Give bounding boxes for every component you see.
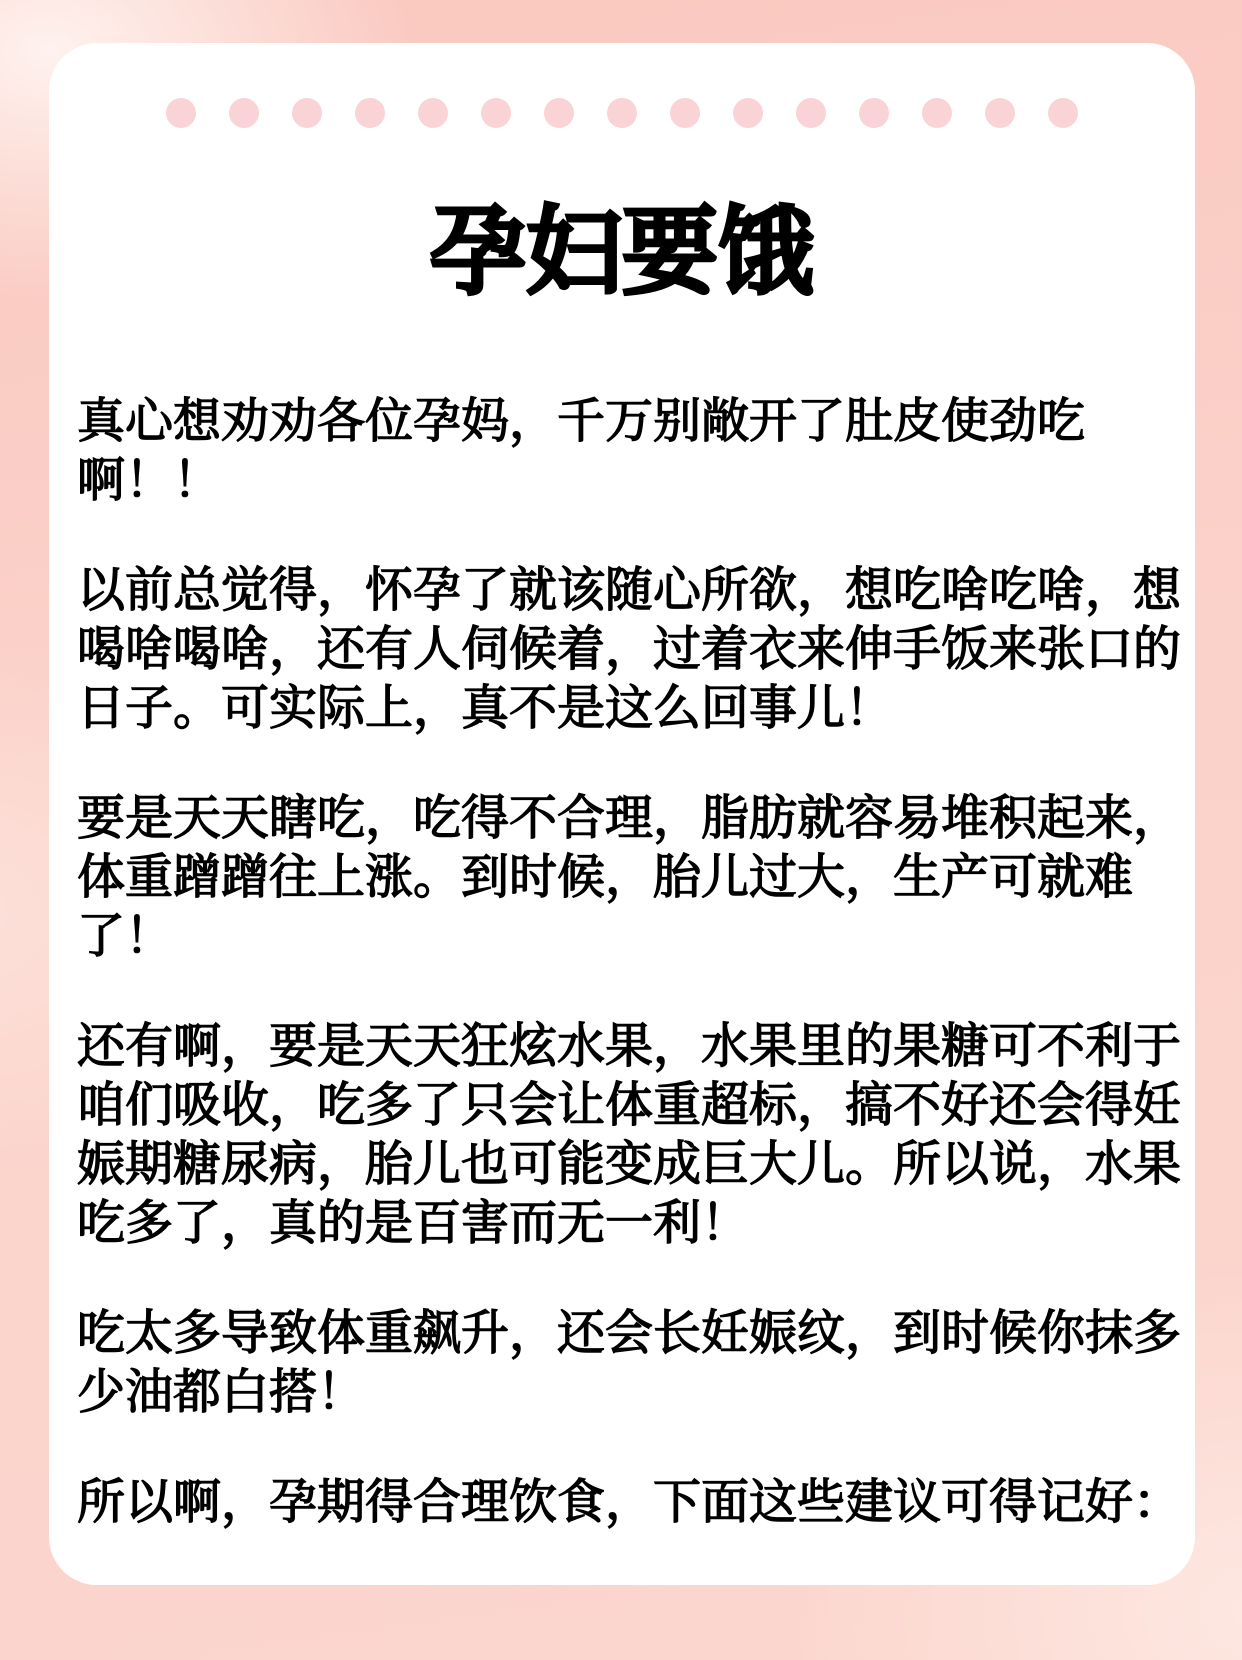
dot-icon <box>229 98 259 128</box>
dot-icon <box>859 98 889 128</box>
dot-icon <box>922 98 952 128</box>
dot-icon <box>1048 98 1078 128</box>
dot-icon <box>733 98 763 128</box>
page-title: 孕妇要饿 <box>49 193 1195 313</box>
paragraph: 要是天天瞎吃，吃得不合理，脂肪就容易堆积起来， 体重蹭蹭往上涨。到时候，胎儿过大… <box>77 789 1193 966</box>
paragraph: 所以啊，孕期得合理饮食，下面这些建议可得记好： <box>77 1473 1193 1532</box>
dot-icon <box>418 98 448 128</box>
paragraph: 真心想劝劝各位孕妈，千万别敞开了肚皮使劲吃 啊！！ <box>77 392 1193 510</box>
content-card: 孕妇要饿 真心想劝劝各位孕妈，千万别敞开了肚皮使劲吃 啊！！ 以前总觉得，怀孕了… <box>49 43 1195 1585</box>
dot-icon <box>355 98 385 128</box>
dot-icon <box>607 98 637 128</box>
poster-background: 孕妇要饿 真心想劝劝各位孕妈，千万别敞开了肚皮使劲吃 啊！！ 以前总觉得，怀孕了… <box>0 0 1242 1660</box>
dots-decoration-row <box>49 98 1195 128</box>
paragraph: 还有啊，要是天天狂炫水果，水果里的果糖可不利于 咱们吸收，吃多了只会让体重超标，… <box>77 1017 1193 1253</box>
paragraph: 以前总觉得，怀孕了就该随心所欲，想吃啥吃啥，想 喝啥喝啥，还有人伺候着，过着衣来… <box>77 561 1193 738</box>
paragraph: 吃太多导致体重飙升，还会长妊娠纹，到时候你抹多 少油都白搭！ <box>77 1304 1193 1422</box>
dot-icon <box>796 98 826 128</box>
dot-icon <box>544 98 574 128</box>
dot-icon <box>481 98 511 128</box>
dot-icon <box>166 98 196 128</box>
dot-icon <box>670 98 700 128</box>
article-body: 真心想劝劝各位孕妈，千万别敞开了肚皮使劲吃 啊！！ 以前总觉得，怀孕了就该随心所… <box>77 392 1193 1532</box>
dot-icon <box>292 98 322 128</box>
dot-icon <box>985 98 1015 128</box>
